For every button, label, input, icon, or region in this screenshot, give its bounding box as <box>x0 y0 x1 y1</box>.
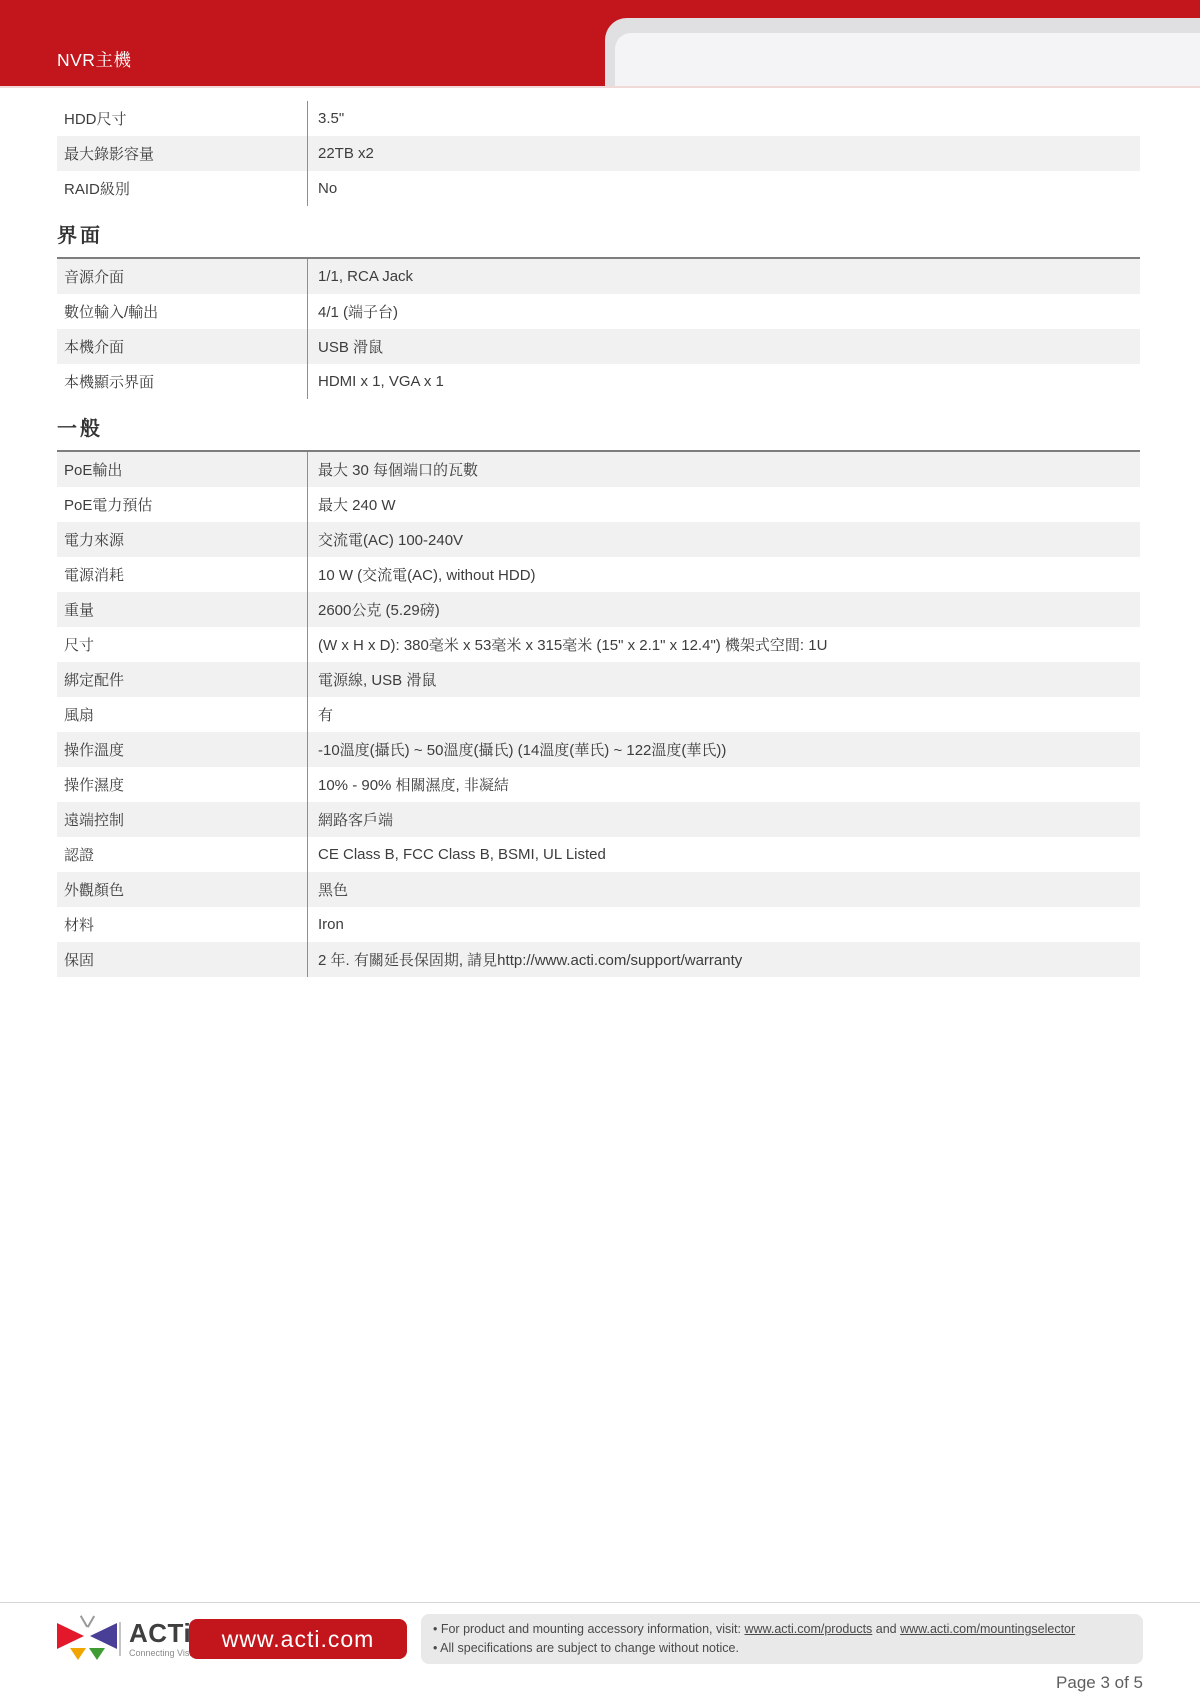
logo-purple-wing <box>90 1623 117 1649</box>
spec-content: HDD尺寸3.5"最大錄影容量22TB x2RAID級別No界面音源介面1/1,… <box>0 88 1200 977</box>
spec-value: 10% - 90% 相關濕度, 非凝結 <box>307 767 1140 802</box>
spec-row: HDD尺寸3.5" <box>57 101 1140 136</box>
spec-value: 2 年. 有關延長保固期, 請見http://www.acti.com/supp… <box>307 942 1140 977</box>
spec-row: 保固2 年. 有關延長保固期, 請見http://www.acti.com/su… <box>57 942 1140 977</box>
spec-row: 操作濕度10% - 90% 相關濕度, 非凝結 <box>57 767 1140 802</box>
spec-row: PoE輸出最大 30 每個端口的瓦數 <box>57 452 1140 487</box>
spec-row: 認證CE Class B, FCC Class B, BSMI, UL List… <box>57 837 1140 872</box>
logo-red-wing <box>57 1623 84 1649</box>
spec-label: 音源介面 <box>57 259 307 294</box>
spec-label: HDD尺寸 <box>57 101 307 136</box>
spec-value: 最大 30 每個端口的瓦數 <box>307 452 1140 487</box>
spec-value: 2600公克 (5.29磅) <box>307 592 1140 627</box>
spec-table: PoE輸出最大 30 每個端口的瓦數PoE電力預估最大 240 W電力來源交流電… <box>57 450 1140 977</box>
spec-label: 本機顯示界面 <box>57 364 307 399</box>
spec-value: (W x H x D): 380毫米 x 53毫米 x 315毫米 (15" x… <box>307 627 1140 662</box>
footer-link[interactable]: www.acti.com/mountingselector <box>900 1622 1075 1636</box>
spec-row: 尺寸(W x H x D): 380毫米 x 53毫米 x 315毫米 (15"… <box>57 627 1140 662</box>
spec-value: 交流電(AC) 100-240V <box>307 522 1140 557</box>
spec-value: 網路客戶端 <box>307 802 1140 837</box>
spec-value: CE Class B, FCC Class B, BSMI, UL Listed <box>307 837 1140 872</box>
page-header: NVR主機 <box>0 0 1200 88</box>
footer-notes: • For product and mounting accessory inf… <box>421 1614 1143 1665</box>
spec-value: No <box>307 171 1140 206</box>
spec-row: 電源消耗10 W (交流電(AC), without HDD) <box>57 557 1140 592</box>
spec-row: 本機介面USB 滑鼠 <box>57 329 1140 364</box>
spec-label: 數位輸入/輸出 <box>57 294 307 329</box>
spec-label: 操作溫度 <box>57 732 307 767</box>
spec-value: 3.5" <box>307 101 1140 136</box>
spec-label: RAID級別 <box>57 171 307 206</box>
spec-label: 認證 <box>57 837 307 872</box>
spec-row: 重量2600公克 (5.29磅) <box>57 592 1140 627</box>
spec-label: 尺寸 <box>57 627 307 662</box>
logo-green-wing <box>89 1648 105 1660</box>
spec-row: 風扇有 <box>57 697 1140 732</box>
spec-label: 操作濕度 <box>57 767 307 802</box>
spec-value: 最大 240 W <box>307 487 1140 522</box>
spec-table: HDD尺寸3.5"最大錄影容量22TB x2RAID級別No <box>57 101 1140 206</box>
section-heading: 一般 <box>57 412 1200 441</box>
footer-note-text: • For product and mounting accessory inf… <box>433 1622 744 1636</box>
spec-value: -10溫度(攝氏) ~ 50溫度(攝氏) (14溫度(華氏) ~ 122溫度(華… <box>307 732 1140 767</box>
spec-label: 遠端控制 <box>57 802 307 837</box>
spec-label: 外觀顏色 <box>57 872 307 907</box>
footer-divider <box>0 1602 1200 1603</box>
spec-value: 4/1 (端子台) <box>307 294 1140 329</box>
acti-logo: ACTi Connecting Vision <box>57 1614 185 1664</box>
spec-row: 電力來源交流電(AC) 100-240V <box>57 522 1140 557</box>
spec-row: 遠端控制網路客戶端 <box>57 802 1140 837</box>
spec-value: 有 <box>307 697 1140 732</box>
footer-note-text: • All specifications are subject to chan… <box>433 1641 739 1655</box>
spec-label: 風扇 <box>57 697 307 732</box>
page-indicator: Page 3 of 5 <box>0 1673 1200 1693</box>
section-heading: 界面 <box>57 219 1200 248</box>
header-tab <box>615 33 1200 86</box>
footer-note-text: and <box>872 1622 900 1636</box>
spec-row: RAID級別No <box>57 171 1140 206</box>
spec-label: 保固 <box>57 942 307 977</box>
spec-label: 綁定配件 <box>57 662 307 697</box>
spec-label: 重量 <box>57 592 307 627</box>
butterfly-logo-icon <box>57 1614 117 1664</box>
spec-label: 最大錄影容量 <box>57 136 307 171</box>
spec-label: 本機介面 <box>57 329 307 364</box>
page-title: NVR主機 <box>57 47 131 72</box>
spec-row: 音源介面1/1, RCA Jack <box>57 259 1140 294</box>
spec-value: HDMI x 1, VGA x 1 <box>307 364 1140 399</box>
spec-row: 數位輸入/輸出4/1 (端子台) <box>57 294 1140 329</box>
spec-label: PoE輸出 <box>57 452 307 487</box>
footer-note-line: • All specifications are subject to chan… <box>433 1639 1131 1658</box>
spec-value: 22TB x2 <box>307 136 1140 171</box>
spec-row: 外觀顏色黑色 <box>57 872 1140 907</box>
spec-row: PoE電力預估最大 240 W <box>57 487 1140 522</box>
footer-link[interactable]: www.acti.com/products <box>744 1622 872 1636</box>
spec-row: 最大錄影容量22TB x2 <box>57 136 1140 171</box>
spec-row: 材料Iron <box>57 907 1140 942</box>
footer-row: ACTi Connecting Vision www.acti.com • Fo… <box>0 1614 1200 1664</box>
spec-label: PoE電力預估 <box>57 487 307 522</box>
footer-note-line: • For product and mounting accessory inf… <box>433 1620 1131 1639</box>
spec-value: 黑色 <box>307 872 1140 907</box>
logo-orange-wing <box>70 1648 86 1660</box>
spec-row: 綁定配件電源線, USB 滑鼠 <box>57 662 1140 697</box>
logo-separator <box>119 1622 121 1656</box>
datasheet-page: NVR主機 HDD尺寸3.5"最大錄影容量22TB x2RAID級別No界面音源… <box>0 0 1200 1698</box>
spec-row: 操作溫度-10溫度(攝氏) ~ 50溫度(攝氏) (14溫度(華氏) ~ 122… <box>57 732 1140 767</box>
spec-row: 本機顯示界面HDMI x 1, VGA x 1 <box>57 364 1140 399</box>
spec-value: 電源線, USB 滑鼠 <box>307 662 1140 697</box>
website-button[interactable]: www.acti.com <box>189 1619 407 1659</box>
spec-value: 10 W (交流電(AC), without HDD) <box>307 557 1140 592</box>
spec-label: 電源消耗 <box>57 557 307 592</box>
page-footer: ACTi Connecting Vision www.acti.com • Fo… <box>0 1614 1200 1693</box>
spec-label: 材料 <box>57 907 307 942</box>
spec-value: Iron <box>307 907 1140 942</box>
spec-label: 電力來源 <box>57 522 307 557</box>
spec-value: 1/1, RCA Jack <box>307 259 1140 294</box>
spec-value: USB 滑鼠 <box>307 329 1140 364</box>
spec-table: 音源介面1/1, RCA Jack數位輸入/輸出4/1 (端子台)本機介面USB… <box>57 257 1140 399</box>
